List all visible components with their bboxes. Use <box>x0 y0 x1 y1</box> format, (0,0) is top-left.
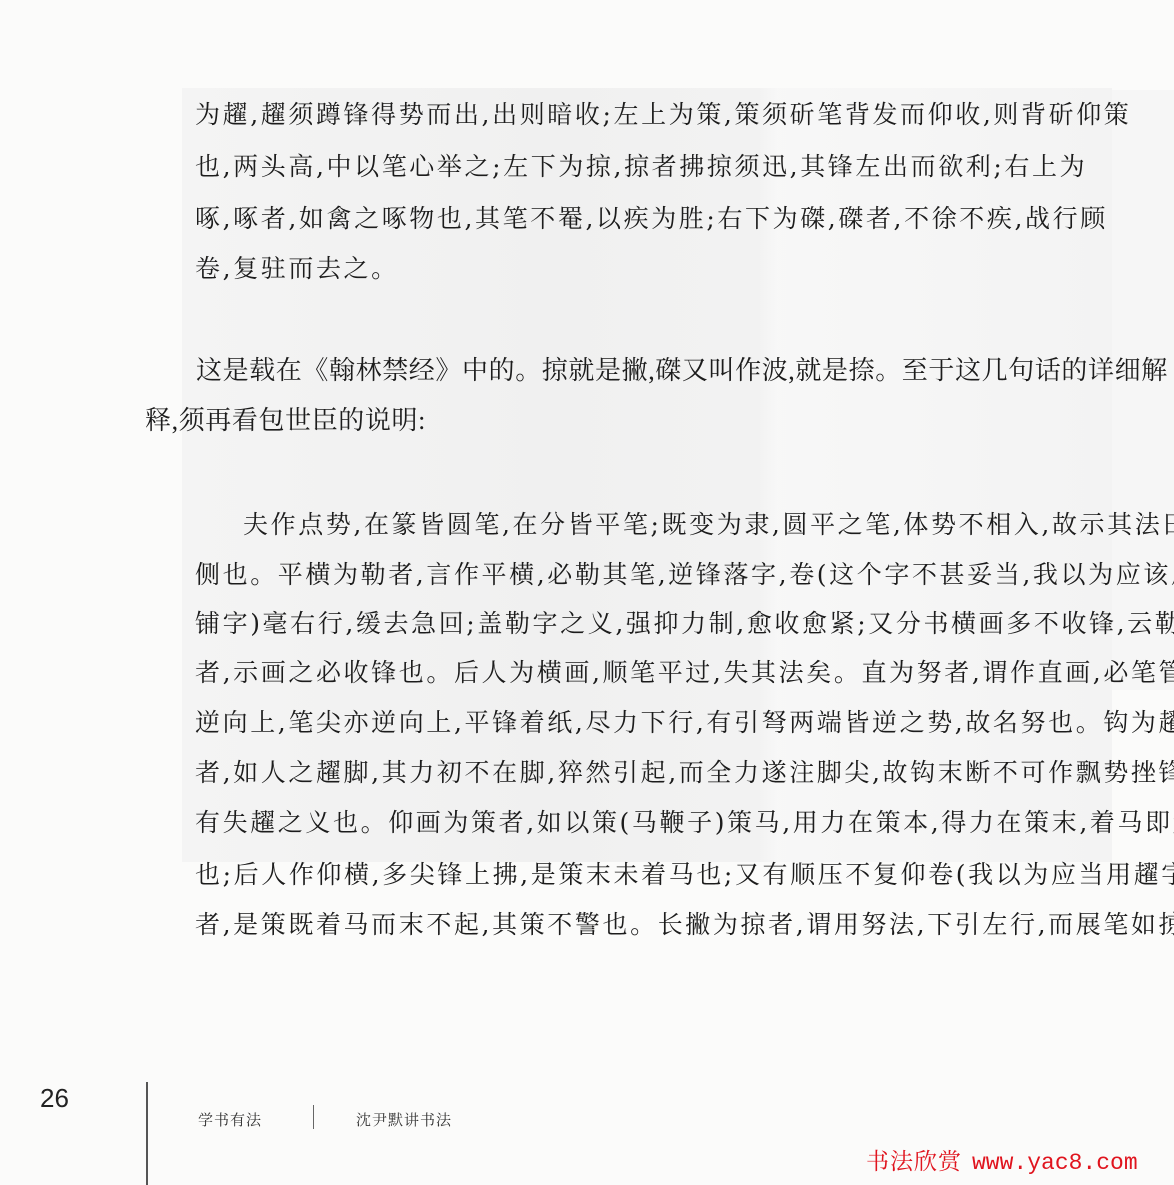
watermark: 书法欣赏www.yac8.com <box>866 1143 1138 1176</box>
text-line: 这是载在《翰林禁经》中的。掠就是撇,磔又叫作波,就是捺。至于这几句话的详细解 <box>196 356 1168 386</box>
watermark-label: 书法欣赏 <box>866 1149 962 1175</box>
footer-separator <box>313 1105 314 1129</box>
text-line: 卷,复驻而去之。 <box>195 254 399 284</box>
text-line: 者,如人之趯脚,其力初不在脚,猝然引起,而全力遂注脚尖,故钩末断不可作飘势挫锋, <box>195 758 1174 788</box>
text-line: 逆向上,笔尖亦逆向上,平锋着纸,尽力下行,有引弩两端皆逆之势,故名努也。钩为趯 <box>195 708 1174 738</box>
text-line: 者,示画之必收锋也。后人为横画,顺笔平过,失其法矣。直为努者,谓作直画,必笔管 <box>195 658 1174 688</box>
text-line: 有失趯之义也。仰画为策者,如以策(马鞭子)策马,用力在策本,得力在策末,着马即起 <box>195 808 1174 838</box>
text-line: 也,两头高,中以笔心举之;左下为掠,掠者拂掠须迅,其锋左出而欲利;右上为 <box>195 152 1087 182</box>
text-line: 为趯,趯须蹲锋得势而出,出则暗收;左上为策,策须斫笔背发而仰收,则背斫仰策 <box>195 100 1131 130</box>
book-title: 学书有法 <box>198 1109 262 1130</box>
footer-vertical-rule <box>146 1082 148 1185</box>
bleed-through-shading-right <box>1112 90 1174 690</box>
text-line: 铺字)毫右行,缓去急回;盖勒字之义,强抑力制,愈收愈紧;又分书横画多不收锋,云勒 <box>195 609 1174 639</box>
text-line: 啄,啄者,如禽之啄物也,其笔不罨,以疾为胜;右下为磔,磔者,不徐不疾,战行顾 <box>195 204 1108 234</box>
text-line: 夫作点势,在篆皆圆笔,在分皆平笔;既变为隶,圆平之笔,体势不相入,故示其法曰 <box>243 510 1174 540</box>
text-line: 侧也。平横为勒者,言作平横,必勒其笔,逆锋落字,卷(这个字不甚妥当,我以为应该用 <box>195 560 1174 590</box>
watermark-url: www.yac8.com <box>972 1150 1138 1176</box>
text-line: 者,是策既着马而末不起,其策不警也。长撇为掠者,谓用努法,下引左行,而展笔如掠; <box>195 910 1174 940</box>
series-title: 沈尹默讲书法 <box>356 1109 452 1130</box>
text-line: 释,须再看包世臣的说明: <box>145 406 426 436</box>
text-line: 也;后人作仰横,多尖锋上拂,是策末未着马也;又有顺压不复仰卷(我以为应当用趯字) <box>195 860 1174 890</box>
page-number: 26 <box>40 1083 69 1114</box>
